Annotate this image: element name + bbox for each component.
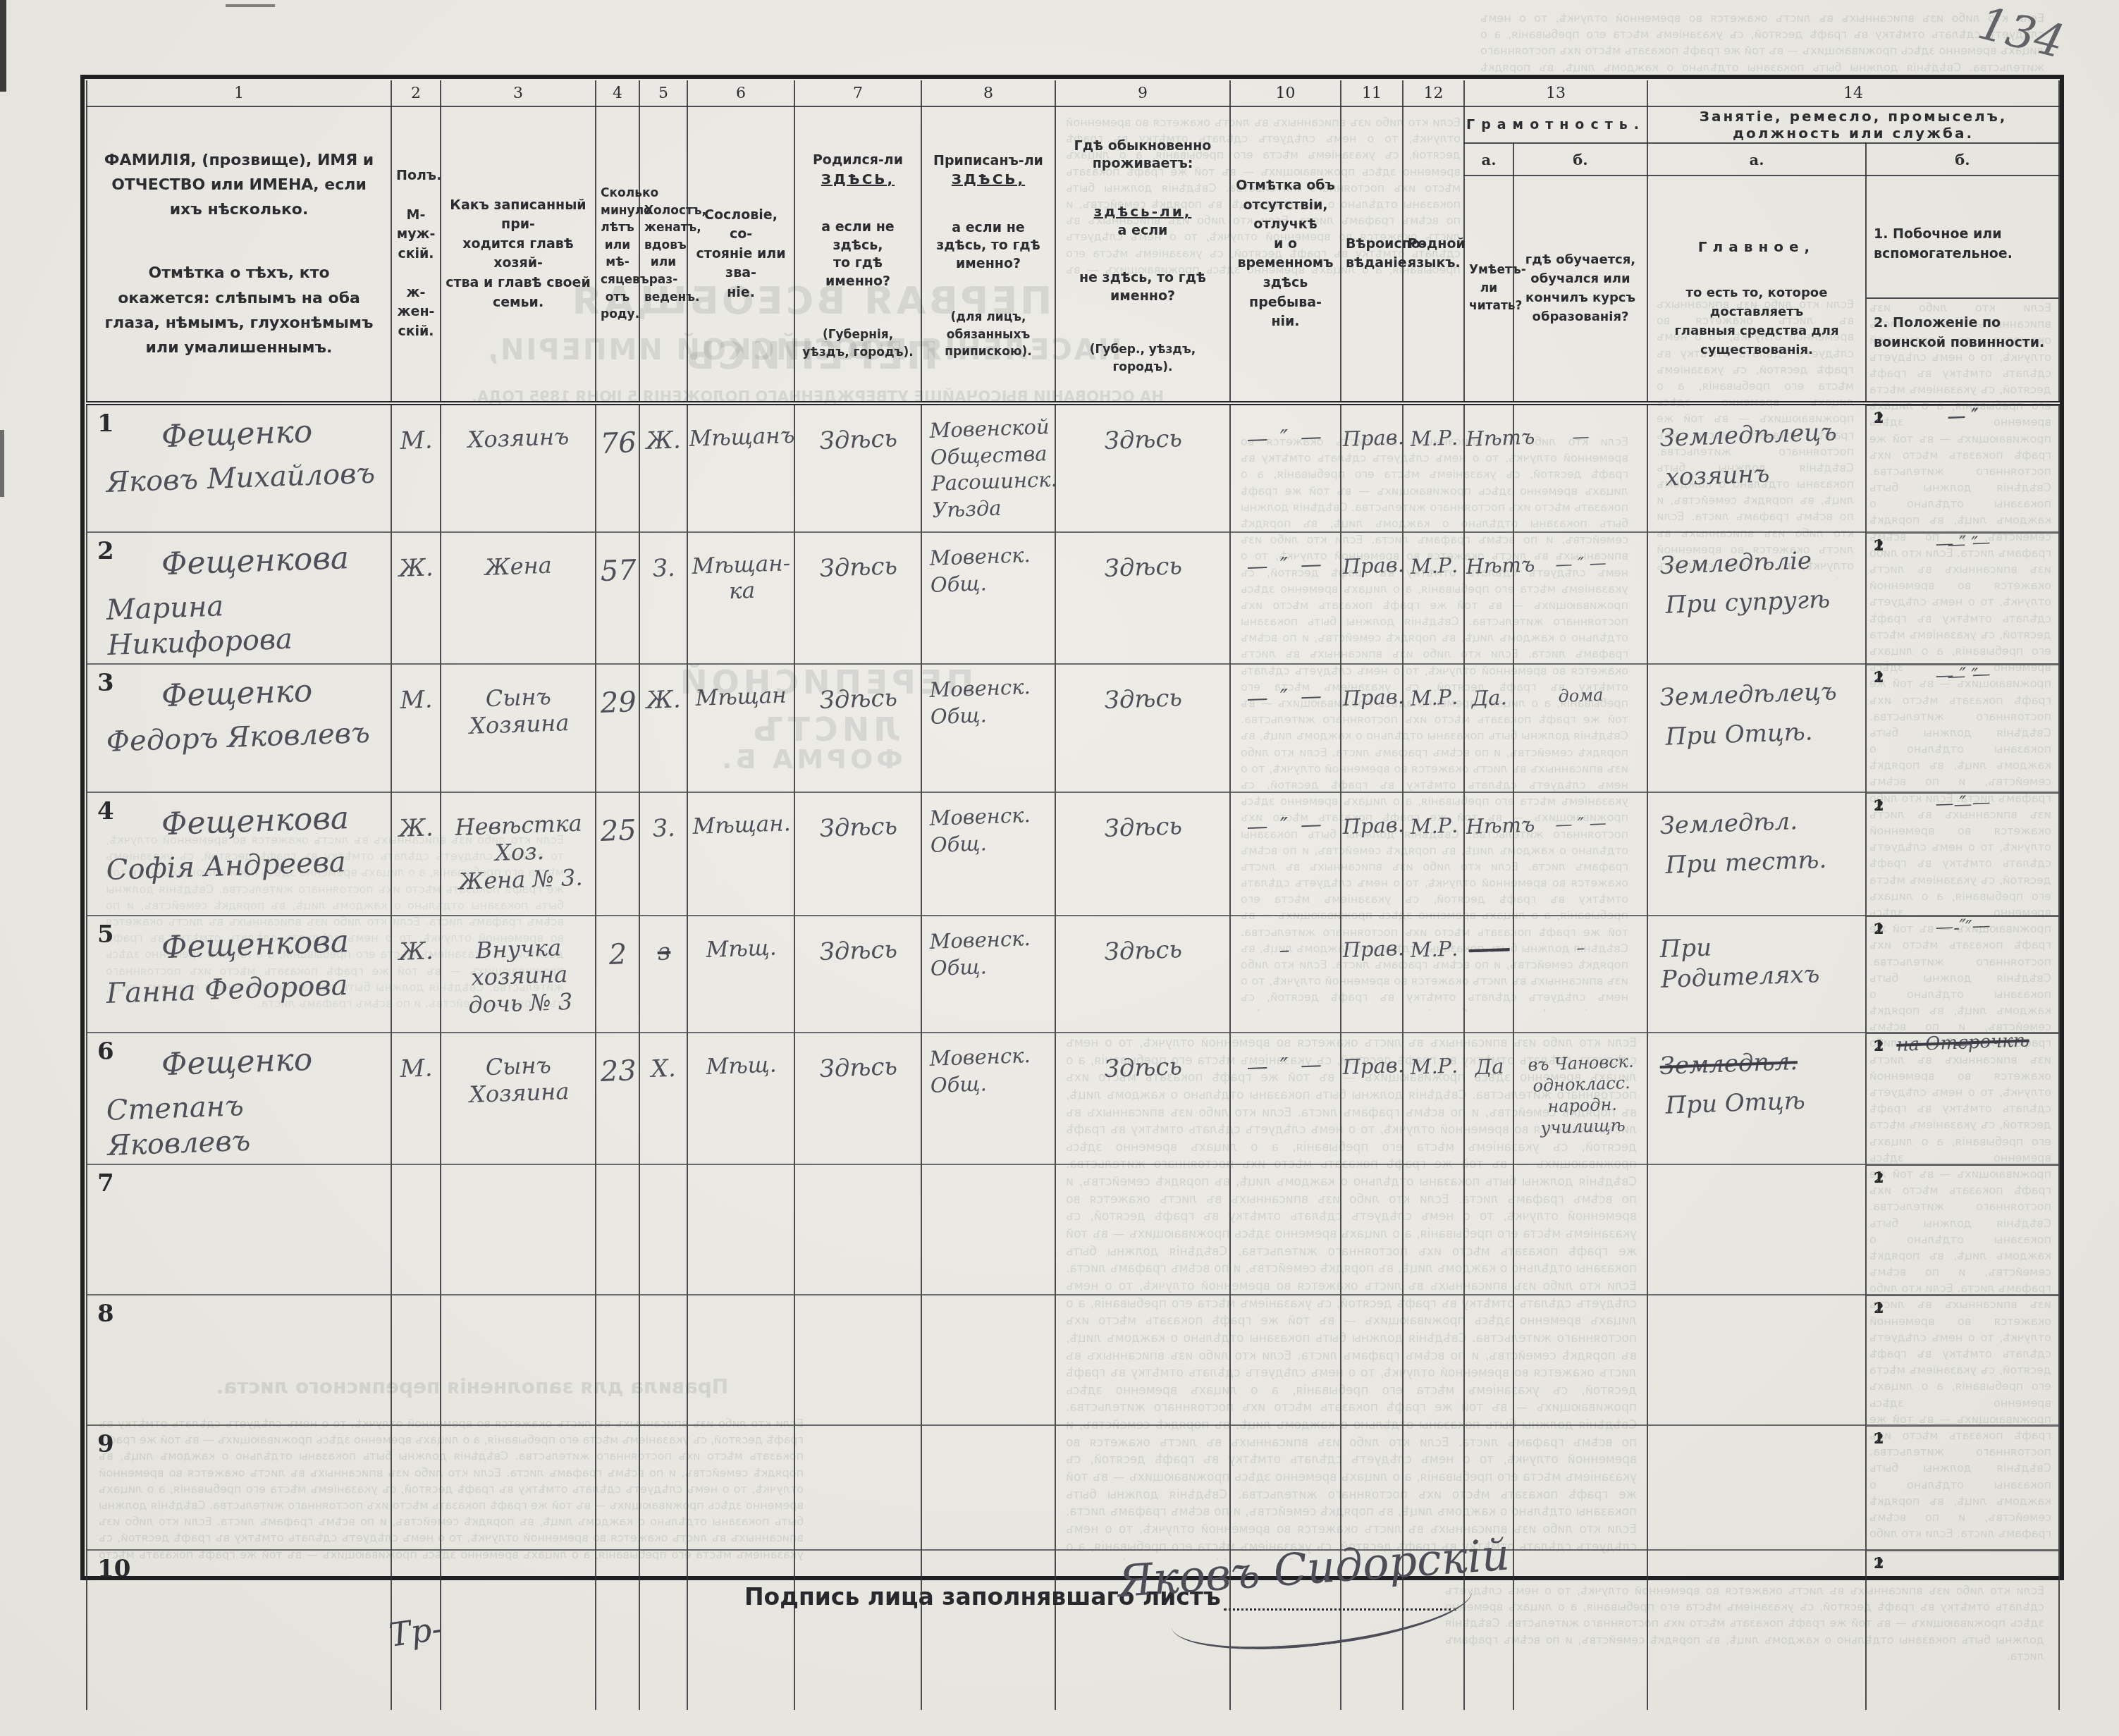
header-literacy-a-desc: Умѣетъ- ли читать? xyxy=(1464,176,1513,403)
header-text: не здѣсь, то гдѣ именно? xyxy=(1060,269,1225,305)
language-entry: М.Р. xyxy=(1410,1052,1458,1080)
cell-age: 25 xyxy=(596,792,639,916)
cell-age xyxy=(596,1425,639,1550)
occupation-entry-line1 xyxy=(1659,1307,1862,1314)
cell-occupation-main: Земледѣл. При тестѣ. xyxy=(1647,792,1866,916)
birthplace-entry: Здѣсь xyxy=(819,935,898,967)
header-note: (Губернія, уѣздъ, городъ). xyxy=(799,326,916,361)
absence-entry: — ″ — xyxy=(1246,811,1325,840)
col-number: 13 xyxy=(1464,80,1647,106)
cell-birthplace xyxy=(794,1550,921,1710)
cell-estate xyxy=(687,1295,794,1425)
census-table: 1 2 3 4 5 6 7 8 9 10 11 12 13 14 xyxy=(86,80,2060,1710)
cell-birthplace xyxy=(794,1425,921,1550)
age-entry: 23 xyxy=(600,1053,637,1090)
cell-relation: Жена xyxy=(441,532,596,664)
given-name-handwriting xyxy=(106,1556,385,1566)
cell-age: 29 xyxy=(596,664,639,792)
occupation-entry-line1: Земледѣл. xyxy=(1659,1045,1863,1082)
cell-occupation-main: Земледѣліе При супругѣ xyxy=(1647,532,1866,664)
military-status-subcell: 2 xyxy=(1867,1551,2058,1551)
header-estate: Сословіе, со- стояніе или зва- ніе. xyxy=(687,106,794,403)
cell-age: 2 xyxy=(596,916,639,1033)
cell-literacy-a: Да xyxy=(1464,1033,1513,1164)
cell-language: М.Р. xyxy=(1403,532,1464,664)
occupation-entry-line2 xyxy=(1659,1572,1862,1579)
cell-occupation-side: 1 2 xyxy=(1866,1425,2059,1550)
language-entry: М.Р. xyxy=(1410,684,1458,711)
education-entry: дома xyxy=(1558,684,1604,707)
col-number: 14 xyxy=(1647,80,2059,106)
table-row: 4 Фещенкова Софія Андреева Ж. Невѣстка Х… xyxy=(87,792,2059,916)
header-titles-row: ФАМИЛІЯ, (прозвище), ИМЯ и ОТЧЕСТВО или … xyxy=(87,106,2059,143)
cell-estate xyxy=(687,1164,794,1295)
military-status-entry: — xyxy=(1953,793,1972,816)
marital-entry: З. xyxy=(652,813,675,844)
cell-birthplace: Здѣсь xyxy=(794,532,921,664)
col-number: 6 xyxy=(687,80,794,106)
header-language: Родной языкъ. xyxy=(1403,106,1464,403)
cell-marital xyxy=(639,1550,687,1710)
row-number: 7 xyxy=(97,1169,114,1198)
header-absence: Отмѣтка объ отсутствіи, отлучкѣ и о врем… xyxy=(1230,106,1341,403)
birthplace-entry: Здѣсь xyxy=(819,811,898,844)
surname-handwriting: Фещенкова xyxy=(106,921,386,969)
cell-name: 1 Фещенко Яковъ Михайловъ xyxy=(87,403,391,532)
header-registration: Приписанъ-ли ЗДѢСЬ, а если не здѣсь, то … xyxy=(921,106,1055,403)
cell-estate: Мѣщан- ка xyxy=(687,532,794,664)
registration-entry: Мовенск. Общ. xyxy=(929,673,1055,730)
cell-birthplace: Здѣсь xyxy=(794,792,921,916)
absence-entry: – xyxy=(1279,937,1293,964)
estate-entry: Мѣщан- ка xyxy=(692,550,792,606)
header-side-occupation: 1. Побочное или вспомогательное. xyxy=(1867,210,2058,278)
occupation-entry-line2: При Отцѣ xyxy=(1659,1084,1863,1121)
residence-entry: Здѣсь xyxy=(1104,1052,1183,1084)
cell-occupation-main: Земледѣлецъ При Отцѣ. xyxy=(1647,664,1866,792)
cell-name: 2 Фещенкова Марина Никифорова xyxy=(87,532,391,664)
religion-entry: Прав. xyxy=(1342,812,1404,839)
estate-entry: Мѣщан. xyxy=(692,811,791,840)
birthplace-entry: Здѣсь xyxy=(819,424,898,456)
cell-estate: Мѣщан. xyxy=(687,792,794,916)
cell-registration: Мовенской Общества Расошинск. Уѣзда xyxy=(921,403,1055,532)
cell-literacy-b xyxy=(1513,1550,1647,1710)
cell-absence: — ″ — xyxy=(1230,664,1341,792)
occupation-entry-line1: Земледѣлецъ xyxy=(1659,676,1863,713)
residence-entry: Здѣсь xyxy=(1104,935,1183,967)
header-note: (Губер., уѣздъ, городъ). xyxy=(1060,341,1225,376)
subcell-number: 2 xyxy=(1874,1299,1884,1317)
header-underlined-here: ЗДѢСЬ, xyxy=(821,171,895,187)
col-number: 11 xyxy=(1341,80,1403,106)
sex-entry: Ж. xyxy=(398,936,434,967)
cell-language: М.Р. xyxy=(1403,1033,1464,1164)
education-entry: въ Чановск. однокласс. народн. училищѣ xyxy=(1528,1051,1636,1139)
cell-literacy-b xyxy=(1513,1425,1647,1550)
relation-entry: Сынъ Хозяина xyxy=(468,1051,570,1109)
registration-entry xyxy=(929,1174,1053,1178)
cell-sex: Ж. xyxy=(391,916,441,1033)
header-military-status: 2. Положеніе по воинской повинности. xyxy=(1867,297,2058,367)
cell-religion xyxy=(1341,1295,1403,1425)
registration-entry xyxy=(929,1304,1053,1308)
bleedthrough-text: Если кто либо изъ вписанныхъ въ листъ ок… xyxy=(1480,10,2044,78)
sex-entry: М. xyxy=(400,684,433,715)
cell-occupation-side: 1 — ″ 2 — ″ xyxy=(1866,403,2059,532)
cell-residence xyxy=(1055,1295,1230,1425)
estate-entry: Мѣщан xyxy=(695,682,787,712)
table-row: 9 1 2 xyxy=(87,1425,2059,1550)
header-text: то есть то, которое доставляетъ главныя … xyxy=(1674,285,1838,357)
cell-sex: Ж. xyxy=(391,792,441,916)
handwritten-page-number: 134 xyxy=(1973,0,2069,69)
scan-edge-artifact xyxy=(0,430,4,497)
cell-absence: — ″ — xyxy=(1230,532,1341,664)
marital-entry: Х. xyxy=(651,1054,676,1085)
cell-marital: Ж. xyxy=(639,403,687,532)
registration-entry: Мовенск. Общ. xyxy=(929,801,1055,858)
cell-birthplace xyxy=(794,1164,921,1295)
subcell-number: 2 xyxy=(1874,1169,1884,1186)
estate-entry: Мѣщ. xyxy=(706,1052,777,1081)
cell-sex: М. xyxy=(391,1033,441,1164)
cell-occupation-main xyxy=(1647,1425,1866,1550)
cell-estate: Мѣщанъ xyxy=(687,403,794,532)
cell-language xyxy=(1403,1425,1464,1550)
cell-occupation-side: 1 — 2 на Отсрочкѣ xyxy=(1866,1033,2059,1164)
education-entry: — ″ — xyxy=(1555,812,1607,835)
absence-entry: — ″ — xyxy=(1246,551,1325,580)
cell-literacy-b: дома xyxy=(1513,664,1647,792)
cell-name: 7 xyxy=(87,1164,391,1295)
cell-name: 3 Фещенко Федоръ Яковлевъ xyxy=(87,664,391,792)
military-status-entry: — ″ xyxy=(1947,532,1979,556)
cell-occupation-side: 1 2 xyxy=(1866,1550,2059,1710)
military-status-entry: — ″ xyxy=(1947,405,1979,429)
header-name-line1: ФАМИЛІЯ, (прозвище), ИМЯ и ОТЧЕСТВО или … xyxy=(100,148,378,223)
cell-religion: Прав. xyxy=(1341,1033,1403,1164)
header-religion: Вѣроиспо- вѣданіе. xyxy=(1341,106,1403,403)
cell-language xyxy=(1403,1295,1464,1425)
cell-relation xyxy=(441,1164,596,1295)
age-entry: 76 xyxy=(600,425,637,462)
occupation-entry-line2: хозяинъ xyxy=(1659,456,1863,493)
cell-residence: Здѣсь xyxy=(1055,664,1230,792)
cell-literacy-b: — xyxy=(1513,403,1647,532)
cell-absence: — ″ — xyxy=(1230,403,1341,532)
education-entry: — ″ — xyxy=(1555,552,1607,575)
cell-estate: Мѣщан xyxy=(687,664,794,792)
cell-absence xyxy=(1230,1425,1341,1550)
estate-entry: Мѣщ. xyxy=(706,935,777,964)
cell-literacy-a xyxy=(1464,1295,1513,1425)
relation-entry: Сынъ Хозяина xyxy=(468,682,570,740)
birthplace-entry: Здѣсь xyxy=(819,683,898,715)
military-status-subcell: 2 — ″ xyxy=(1867,665,2058,665)
cell-sex: Ж. xyxy=(391,532,441,664)
sex-entry: Ж. xyxy=(398,553,434,584)
cell-absence: – xyxy=(1230,916,1341,1033)
occupation-entry-line1: Земледѣл. xyxy=(1659,804,1863,842)
marital-entry: з xyxy=(657,937,671,967)
occupation-entry-line2 xyxy=(1659,1186,1862,1193)
surname-handwriting: Фещенко xyxy=(106,410,386,458)
cell-marital: З. xyxy=(639,792,687,916)
language-entry: М.Р. xyxy=(1410,935,1458,963)
military-status-entry: на Отсрочкѣ xyxy=(1896,1029,2029,1057)
cell-birthplace: Здѣсь xyxy=(794,664,921,792)
cell-literacy-a: Да. xyxy=(1464,664,1513,792)
sex-entry: М. xyxy=(400,1053,433,1084)
relation-entry: Внучка хозяина дочь № 3 xyxy=(466,934,573,1018)
cell-marital: З. xyxy=(639,532,687,664)
cell-literacy-b: – xyxy=(1513,916,1647,1033)
cell-age: 57 xyxy=(596,532,639,664)
table-body: 1 Фещенко Яковъ Михайловъ М. Хозяинъ 76 … xyxy=(87,403,2059,1710)
table-row: 8 1 2 xyxy=(87,1295,2059,1425)
col-number: 7 xyxy=(794,80,921,106)
subcell-number: 2 xyxy=(1874,1554,1884,1572)
cell-marital xyxy=(639,1295,687,1425)
religion-entry: Прав. xyxy=(1342,552,1404,579)
header-occupation-title: Занятіе, ремесло, промыселъ, должность и… xyxy=(1647,106,2059,143)
col-number: 3 xyxy=(441,80,596,106)
cell-absence: — ″ — xyxy=(1230,792,1341,916)
cell-occupation-side: 1 — ″ — 2 — ″ xyxy=(1866,664,2059,792)
cell-registration: Мовенск. Общ. xyxy=(921,664,1055,792)
literacy-entry: Нѣтъ xyxy=(1466,551,1535,579)
cell-name: 5 Фещенкова Ганна Федорова xyxy=(87,916,391,1033)
age-entry: 57 xyxy=(600,553,637,589)
subcell-number: 2 xyxy=(1874,920,1884,937)
cell-sex: М. xyxy=(391,664,441,792)
surname-handwriting: Фещенкова xyxy=(106,537,386,586)
cell-literacy-b xyxy=(1513,1295,1647,1425)
col-number: 8 xyxy=(921,80,1055,106)
header-literacy-a-label: а. xyxy=(1464,143,1513,176)
cell-name: 8 xyxy=(87,1295,391,1425)
cell-residence xyxy=(1055,1425,1230,1550)
cell-registration xyxy=(921,1550,1055,1710)
cell-language: М.Р. xyxy=(1403,916,1464,1033)
registration-entry: Мовенск. Общ. xyxy=(929,541,1055,598)
given-name-handwriting: Ганна Федорова xyxy=(106,966,386,1011)
header-text: Родился-ли xyxy=(813,152,903,168)
cell-marital xyxy=(639,1425,687,1550)
sex-entry: М. xyxy=(400,425,433,456)
cell-literacy-b: — ″ — xyxy=(1513,792,1647,916)
cell-sex xyxy=(391,1425,441,1550)
subcell-number: 2 xyxy=(1874,409,1884,426)
registration-entry xyxy=(929,1434,1053,1439)
education-entry: – xyxy=(1576,937,1585,958)
scan-edge-artifact xyxy=(0,0,6,92)
cell-religion: Прав. xyxy=(1341,792,1403,916)
surname-handwriting: Фещенкова xyxy=(106,797,386,846)
cell-relation: Сынъ Хозяина xyxy=(441,1033,596,1164)
header-text: а если не здѣсь, то гдѣ именно? xyxy=(926,219,1050,273)
cell-religion xyxy=(1341,1164,1403,1295)
cell-registration xyxy=(921,1164,1055,1295)
cell-occupation-main: Земледѣл. При Отцѣ xyxy=(1647,1033,1866,1164)
col-number: 10 xyxy=(1230,80,1341,106)
language-entry: М.Р. xyxy=(1410,424,1458,452)
cell-occupation-side: 1 2 xyxy=(1866,1295,2059,1425)
col-number: 1 xyxy=(87,80,391,106)
education-entry: — xyxy=(1572,426,1590,448)
table-row: 5 Фещенкова Ганна Федорова Ж. Внучка хоз… xyxy=(87,916,2059,1033)
military-status-subcell: 2 xyxy=(1867,1295,2058,1296)
literacy-entry: Да xyxy=(1475,1053,1504,1080)
header-literacy-b-label: б. xyxy=(1513,143,1647,176)
religion-entry: Прав. xyxy=(1342,684,1404,711)
subcell-number: 2 xyxy=(1874,1429,1884,1447)
cell-literacy-b xyxy=(1513,1164,1647,1295)
row-number: 10 xyxy=(97,1555,130,1583)
absence-entry: — ″ — xyxy=(1246,1052,1325,1081)
header-occupation-a-desc: Главное, то есть то, которое доставляетъ… xyxy=(1647,176,1866,403)
residence-entry: Здѣсь xyxy=(1104,683,1183,715)
surname-handwriting xyxy=(106,1300,385,1310)
cell-age xyxy=(596,1550,639,1710)
occupation-entry-line2: При тестѣ. xyxy=(1659,844,1863,881)
age-entry: 29 xyxy=(600,684,637,721)
table-row: 7 1 2 xyxy=(87,1164,2059,1295)
subcell-number: 2 xyxy=(1874,536,1884,554)
registration-entry: Мовенск. Общ. xyxy=(929,925,1055,982)
religion-entry: Прав. xyxy=(1342,424,1404,452)
header-text: а если xyxy=(1118,223,1168,238)
header-relation: Какъ записанный при- ходится главѣ хозяй… xyxy=(441,106,596,403)
header-birthplace: Родился-ли ЗДѢСЬ, а если не здѣсь, то гд… xyxy=(794,106,921,403)
military-status-entry: — ″ xyxy=(1947,664,1979,688)
given-name-handwriting: Марина Никифорова xyxy=(106,583,387,663)
cell-age xyxy=(596,1164,639,1295)
cell-birthplace: Здѣсь xyxy=(794,1033,921,1164)
occupation-entry-line1 xyxy=(1659,1176,1862,1183)
relation-entry: Хозяинъ xyxy=(467,423,570,453)
row-number: 9 xyxy=(97,1430,114,1458)
cell-sex xyxy=(391,1164,441,1295)
military-status-subcell: 2 — ″ xyxy=(1867,405,2058,406)
occupation-entry-line1 xyxy=(1659,1437,1862,1444)
cell-marital: Ж. xyxy=(639,664,687,792)
cell-relation xyxy=(441,1425,596,1550)
handwritten-corner-mark: Тр- xyxy=(387,1609,445,1654)
registration-entry: Мовенской Общества Расошинск. Уѣзда xyxy=(929,414,1057,524)
military-status-subcell: 2 xyxy=(1867,1165,2058,1166)
cell-name: 10 xyxy=(87,1550,391,1710)
cell-language: М.Р. xyxy=(1403,403,1464,532)
religion-entry: Прав. xyxy=(1342,935,1404,963)
military-status-subcell: 2 — ″ xyxy=(1867,533,2058,534)
registration-entry: Мовенск. Общ. xyxy=(929,1042,1055,1099)
cell-marital xyxy=(639,1164,687,1295)
column-numbers-row: 1 2 3 4 5 6 7 8 9 10 11 12 13 14 xyxy=(87,80,2059,106)
cell-language: М.Р. xyxy=(1403,792,1464,916)
absence-entry: — ″ — xyxy=(1246,424,1325,453)
cell-occupation-main xyxy=(1647,1164,1866,1295)
cell-residence: Здѣсь xyxy=(1055,403,1230,532)
scan-edge-artifact xyxy=(226,4,275,7)
occupation-entry-line1: Земледѣлецъ xyxy=(1659,417,1863,454)
cell-estate xyxy=(687,1425,794,1550)
surname-handwriting xyxy=(106,1169,385,1179)
literacy-entry: Да. xyxy=(1471,684,1507,711)
cell-residence: Здѣсь xyxy=(1055,792,1230,916)
military-status-subcell: 2 на Отсрочкѣ xyxy=(1867,1033,2058,1034)
literacy-entry: Нѣтъ xyxy=(1466,811,1535,839)
occupation-entry-line2 xyxy=(1659,997,1862,1004)
header-occupation-b-label: б. xyxy=(1866,143,2059,176)
religion-entry: Прав. xyxy=(1342,1052,1404,1080)
header-age: Сколько минуло лѣтъ или мѣ- сяцевъ отъ р… xyxy=(596,106,639,403)
surname-handwriting xyxy=(106,1430,385,1440)
header-literacy-b-desc: гдѣ обучается, обучался или кончилъ курс… xyxy=(1513,176,1647,403)
header-underlined-here: здѣсь-ли, xyxy=(1094,203,1192,220)
birthplace-entry: Здѣсь xyxy=(819,551,898,584)
cell-occupation-side: 1 — ″ — 2 — ″ xyxy=(1866,532,2059,664)
table-row: 6 Фещенко Степанъ Яковлевъ М. Сынъ Хозяи… xyxy=(87,1033,2059,1164)
subcell-number: 2 xyxy=(1874,1037,1884,1054)
table-header: 1 2 3 4 5 6 7 8 9 10 11 12 13 14 xyxy=(87,80,2059,403)
marital-entry: Ж. xyxy=(646,684,681,715)
cell-estate: Мѣщ. xyxy=(687,916,794,1033)
cell-registration xyxy=(921,1425,1055,1550)
cell-religion xyxy=(1341,1425,1403,1550)
language-entry: М.Р. xyxy=(1410,812,1458,839)
header-text: Гдѣ обыкновенно проживаетъ: xyxy=(1060,137,1225,173)
cell-relation: Сынъ Хозяина xyxy=(441,664,596,792)
cell-residence xyxy=(1055,1164,1230,1295)
header-text: Приписанъ-ли xyxy=(933,153,1043,168)
cell-literacy-a: Нѣтъ xyxy=(1464,403,1513,532)
cell-birthplace: Здѣсь xyxy=(794,403,921,532)
military-status-subcell: 2 ‐ ″ xyxy=(1867,916,2058,917)
header-residence: Гдѣ обыкновенно проживаетъ: здѣсь-ли, а … xyxy=(1055,106,1230,403)
header-occupation-b-desc: 1. Побочное или вспомогательное. 2. Поло… xyxy=(1866,176,2059,403)
residence-entry: Здѣсь xyxy=(1104,551,1183,584)
surname-handwriting: Фещенко xyxy=(106,1038,386,1086)
occupation-entry-line2: При супругѣ xyxy=(1659,584,1863,621)
residence-entry: Здѣсь xyxy=(1104,424,1183,456)
relation-entry: Жена xyxy=(484,552,552,581)
header-underlined-here: ЗДѢСЬ, xyxy=(952,171,1025,187)
cell-relation xyxy=(441,1550,596,1710)
cell-religion: Прав. xyxy=(1341,664,1403,792)
registration-entry xyxy=(929,1559,1053,1563)
header-name-column: ФАМИЛІЯ, (прозвище), ИМЯ и ОТЧЕСТВО или … xyxy=(87,106,391,403)
table-row: 10 1 2 xyxy=(87,1550,2059,1710)
cell-estate xyxy=(687,1550,794,1710)
cell-absence xyxy=(1230,1164,1341,1295)
cell-relation: Хозяинъ xyxy=(441,403,596,532)
cell-occupation-side: 1 — ″ — 2 — xyxy=(1866,792,2059,916)
cell-age: 23 xyxy=(596,1033,639,1164)
given-name-handwriting xyxy=(106,1171,385,1181)
cell-birthplace: Здѣсь xyxy=(794,916,921,1033)
cell-registration: Мовенск. Общ. xyxy=(921,532,1055,664)
military-status-subcell: 2 — xyxy=(1867,793,2058,794)
cell-religion: Прав. xyxy=(1341,403,1403,532)
marital-entry: З. xyxy=(652,553,675,584)
language-entry: М.Р. xyxy=(1410,552,1458,579)
cell-estate: Мѣщ. xyxy=(687,1033,794,1164)
cell-registration xyxy=(921,1295,1055,1425)
surname-handwriting: Фещенко xyxy=(106,669,386,718)
cell-occupation-main xyxy=(1647,1295,1866,1425)
